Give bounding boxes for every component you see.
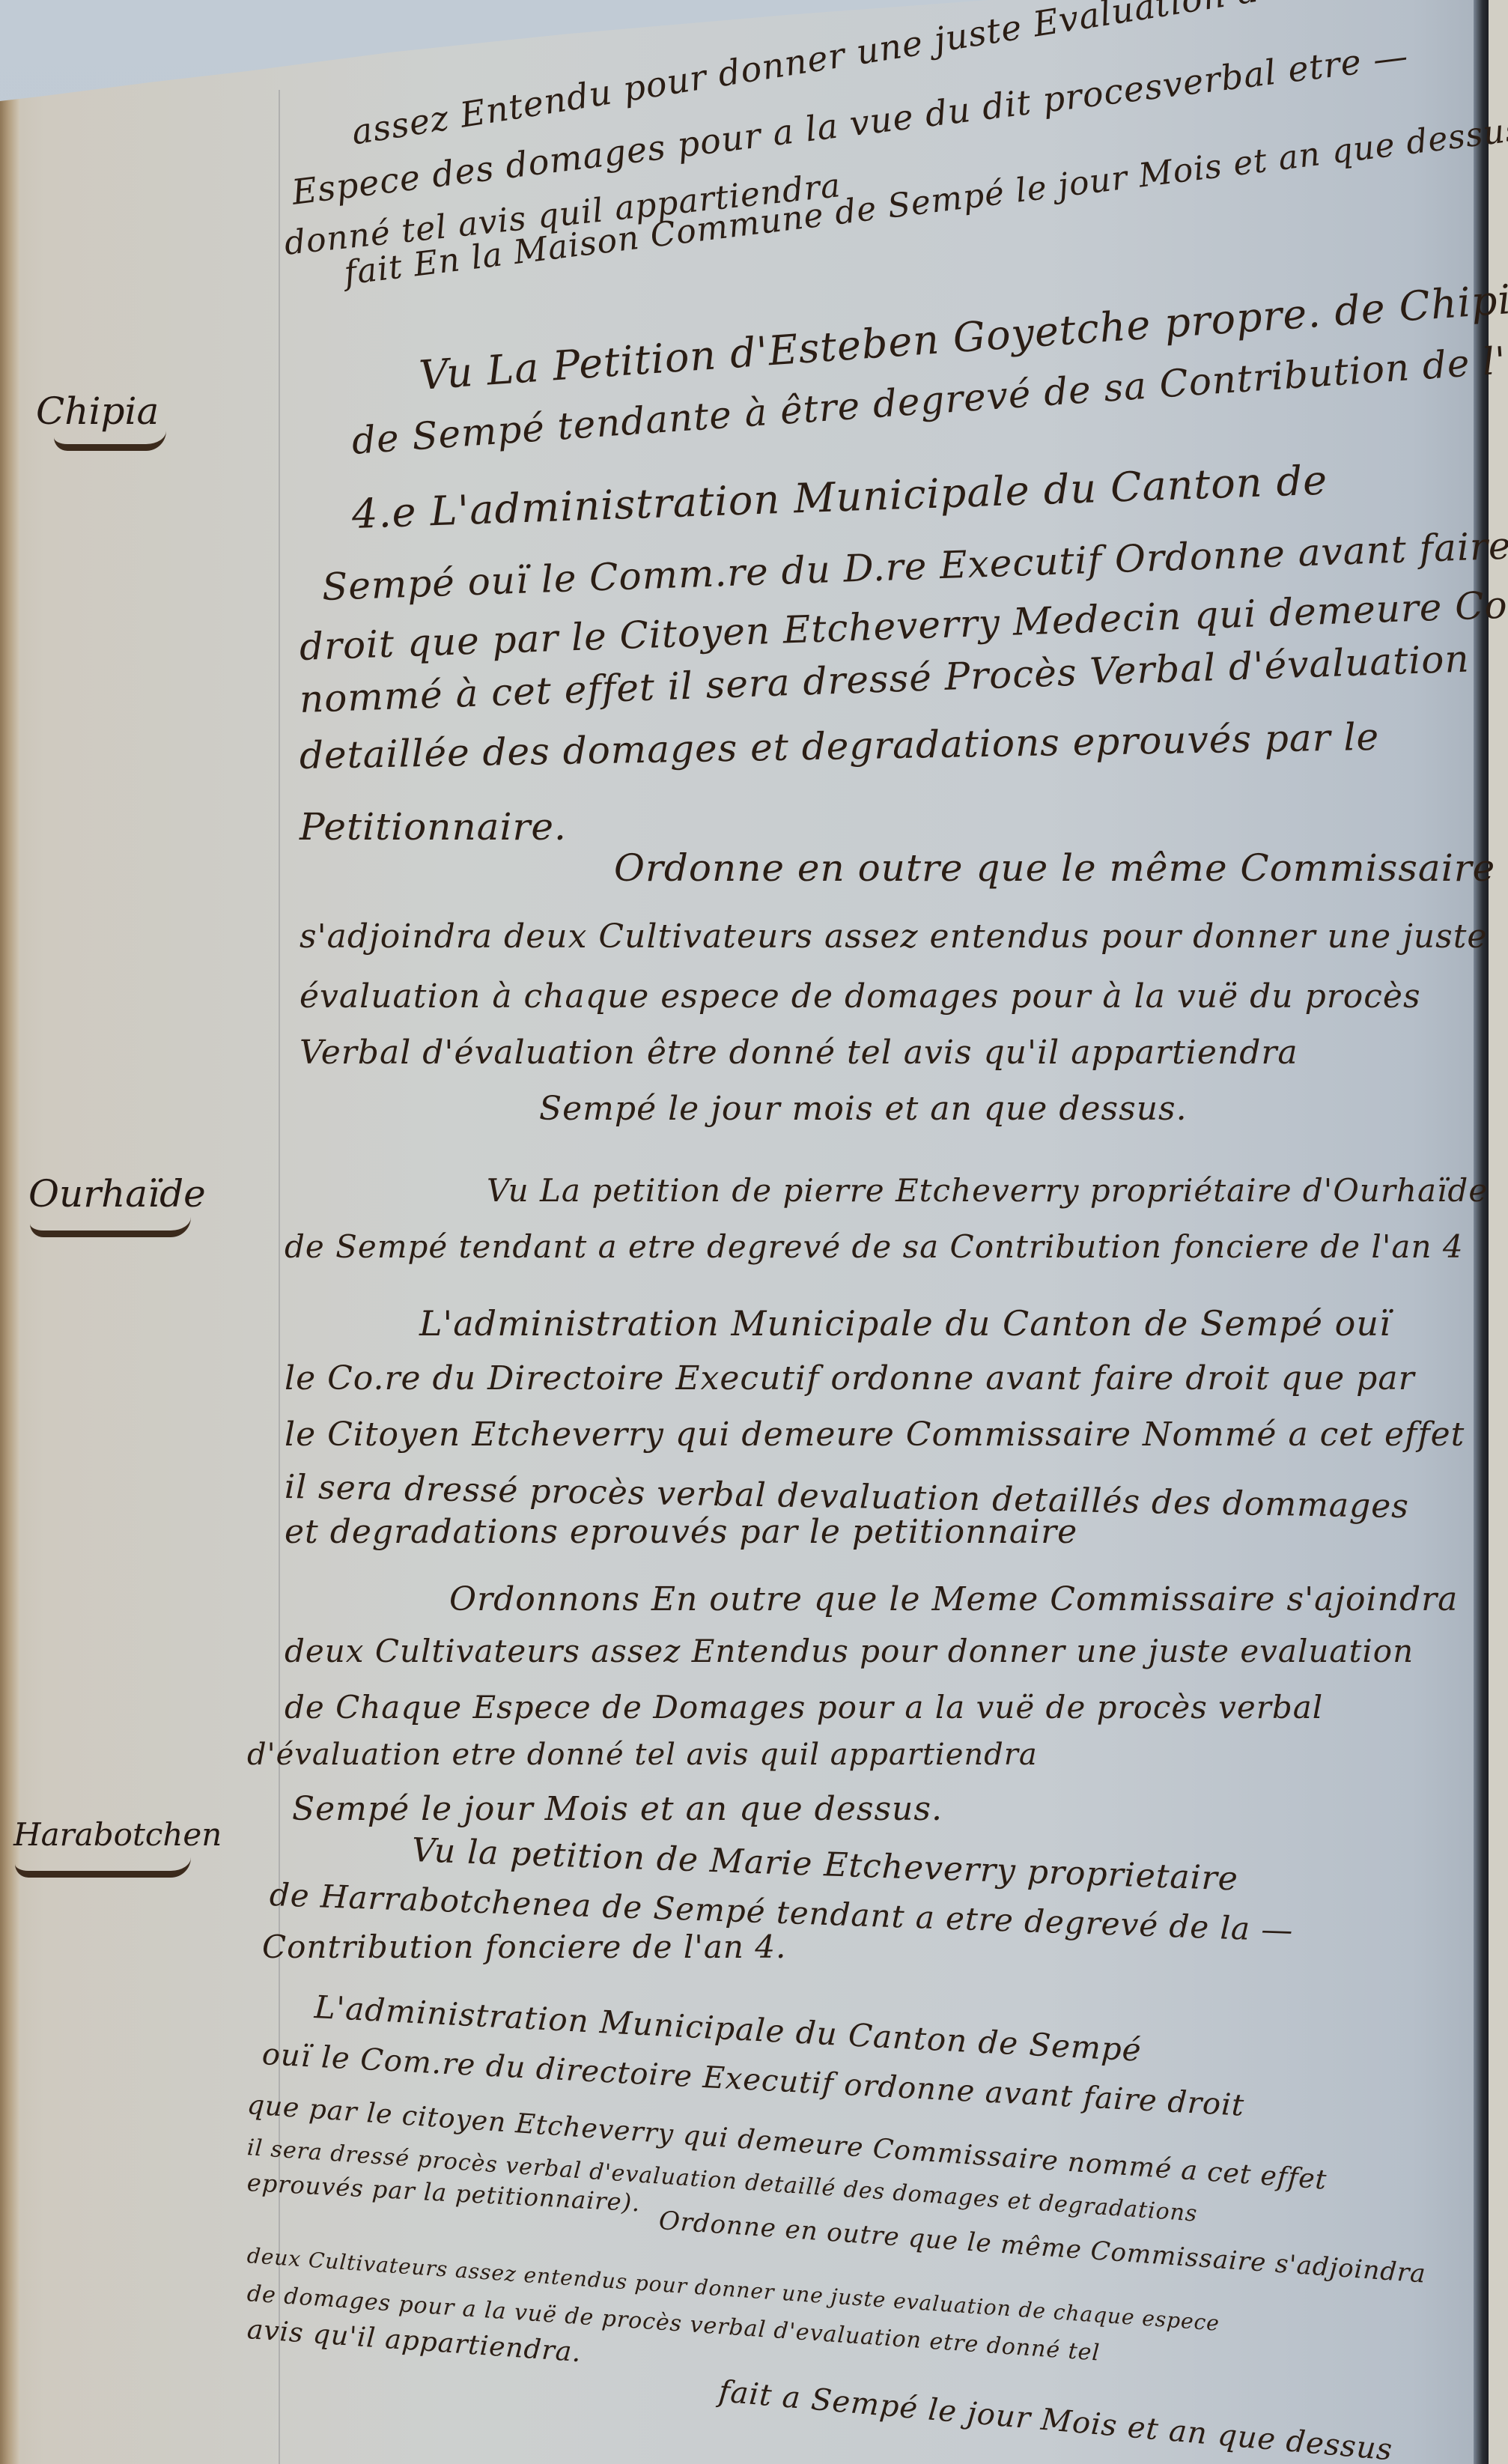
text-line: L'administration Municipale du Canton de… [419,1303,1391,1344]
text-line: Contribution fonciere de l'an 4. [262,1929,786,1965]
text-line: le Citoyen Etcheverry qui demeure Commis… [285,1415,1465,1454]
text-line: Petitionnaire. [300,805,567,849]
text-line: d'évaluation etre donné tel avis quil ap… [247,1738,1038,1772]
text-line: Sempé le jour mois et an que dessus. [539,1090,1188,1128]
text-line: Sempé le jour Mois et an que dessus. [292,1790,943,1828]
margin-flourish-icon [54,431,166,451]
text-line: le Co.re du Directoire Executif ordonne … [285,1359,1415,1398]
text-line: deux Cultivateurs assez Entendus pour do… [285,1633,1414,1669]
text-line: s'adjoindra deux Cultivateurs assez ente… [300,917,1487,956]
text-line: de Sempé tendant a etre degrevé de sa Co… [285,1228,1464,1265]
margin-note-ourhaide: Ourhaïde [28,1172,206,1216]
text-line: Ordonnons En outre que le Meme Commissai… [449,1580,1458,1618]
margin-note-chipia: Chipia [36,389,159,433]
text-line: Ordonne en outre que le même Commissaire [614,846,1495,890]
text-line: et degradations eprouvés par le petition… [285,1513,1077,1551]
text-line: de Chaque Espece de Domages pour a la vu… [285,1689,1323,1726]
text-line: évaluation à chaque espece de domages po… [300,977,1421,1016]
margin-note-harabotchen: Harabotchen [13,1816,222,1853]
margin-flourish-icon [15,1857,191,1878]
text-line: Vu La petition de pierre Etcheverry prop… [487,1172,1488,1209]
margin-flourish-icon [30,1217,191,1237]
text-line: Verbal d'évaluation être donné tel avis … [300,1034,1298,1072]
